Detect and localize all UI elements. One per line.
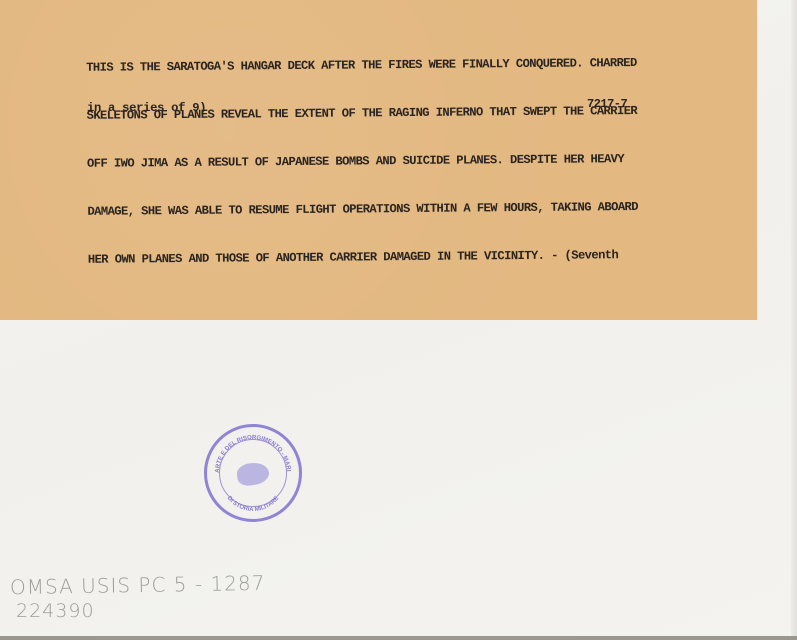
caption-sheet: THIS IS THE SARATOGA'S HANGAR DECK AFTER…: [0, 0, 757, 320]
caption-line: HER OWN PLANES AND THOSE OF ANOTHER CARR…: [88, 246, 728, 268]
caption-line: OFF IWO JIMA AS A RESULT OF JAPANESE BOM…: [87, 150, 727, 172]
reference-number: 7217-7: [587, 97, 627, 111]
photo-right-edge: [791, 0, 797, 636]
photo-bottom-edge: [0, 636, 797, 640]
caption-line: DAMAGE, SHE WAS ABLE TO RESUME FLIGHT OP…: [87, 198, 727, 220]
series-note: in a series of 9): [87, 101, 206, 115]
typed-caption: THIS IS THE SARATOGA'S HANGAR DECK AFTER…: [86, 22, 728, 300]
archive-stamp: DI ARTE E DEL RISORGIMENTO - MARINA DI S…: [204, 424, 302, 522]
handwritten-notes: OMSA USIS PC 5 - 1287 224390: [10, 572, 265, 624]
caption-line: THIS IS THE SARATOGA'S HANGAR DECK AFTER…: [86, 54, 726, 76]
handwritten-inventory-number: 224390: [16, 598, 265, 624]
handwritten-archive-code: OMSA USIS PC 5 - 1287: [10, 570, 266, 600]
